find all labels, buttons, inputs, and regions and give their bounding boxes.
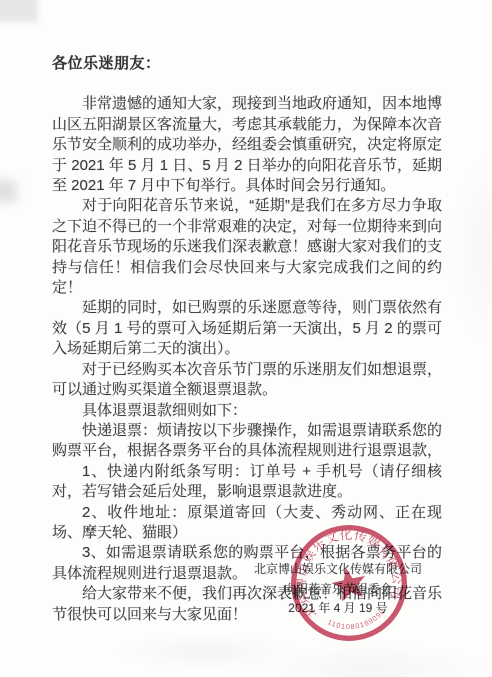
paragraph: 延期的同时，如已购票的乐迷愿意等待，则门票依然有效（5 月 1 号的票可入场延期… — [52, 298, 442, 359]
paragraph: 对于向阳花音乐节来说，“延期”是我们在多方尽力争取之下迫不得已的一个非常艰难的决… — [52, 196, 442, 298]
photo-edge-smudge — [0, 180, 16, 202]
paragraph: 对于已经购买本次音乐节门票的乐迷朋友们如想退票，可以通过购买渠道全额退票退款。 — [52, 360, 442, 401]
salutation: 各位乐迷朋友： — [52, 54, 442, 74]
paragraph: 具体退票退款细则如下： — [52, 401, 442, 421]
paragraph: 快递退票：烦请按以下步骤操作，如需退票请联系您的购票平台，根据各票务平台的具体流… — [52, 421, 442, 462]
official-stamp: 北京博山娱乐文化传媒有限公司 1101080189090 — [262, 496, 436, 670]
notice-letter-page: 各位乐迷朋友： 非常遗憾的通知大家，现接到当地政府通知，因本地博山区五阳湖景区客… — [0, 0, 492, 677]
paragraph: 非常遗憾的通知大家，现接到当地政府通知，因本地博山区五阳湖景区客流量大，考虑其承… — [52, 94, 442, 196]
photo-corner-shadow — [0, 0, 38, 22]
star-icon — [329, 564, 369, 603]
